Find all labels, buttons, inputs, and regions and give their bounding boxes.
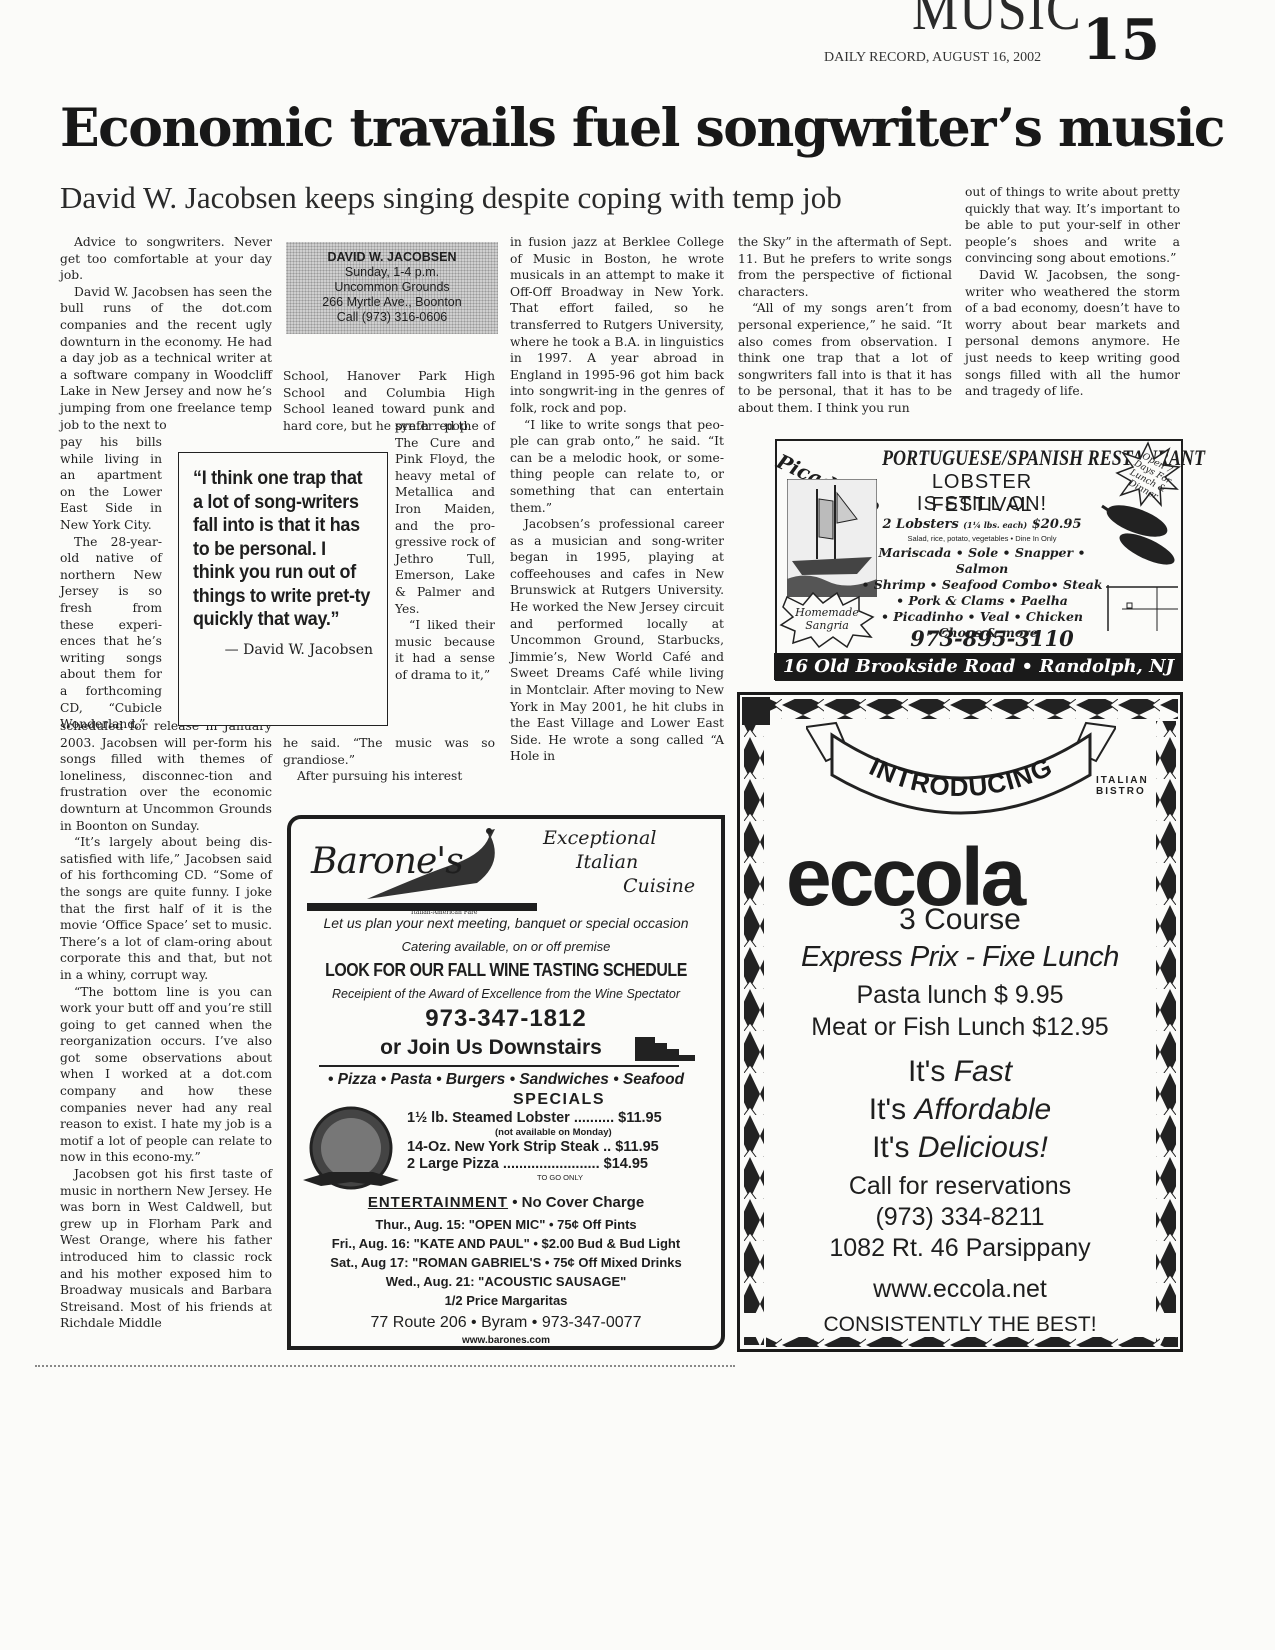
course-line: 3 Course — [740, 903, 1180, 937]
seal-emblem-icon — [299, 1102, 403, 1206]
reservation-line: Call for reservations — [740, 1171, 1180, 1202]
events-list: Thur., Aug. 15: "OPEN MIC" • 75¢ Off Pin… — [291, 1215, 721, 1310]
picadinho-address-bar: 16 Old Brookside Road • Randolph, NJ — [774, 653, 1183, 680]
paragraph: he said. “The music was so grandiose.” — [283, 735, 495, 768]
special-row: 2 Large Pizza ........................ $… — [407, 1156, 717, 1173]
reservation-block: Call for reservations (973) 334-8211 108… — [740, 1171, 1180, 1264]
tagline-3: Cuisine — [623, 875, 695, 897]
performer-name: DAVID W. JACOBSEN — [290, 250, 494, 265]
ad-picadinho: Picadinho PORTUGUESE/SPANISH RESTAURANT … — [775, 439, 1183, 681]
event-venue: Uncommon Grounds — [290, 280, 494, 295]
eccola-address: 1082 Rt. 46 Parsippany — [740, 1233, 1180, 1264]
headline: Economic travails fuel songwriter’s musi… — [60, 103, 1224, 155]
paragraph: scheduled for release in January 2003. J… — [60, 718, 272, 834]
wine-tasting-line: LOOK FOR OUR FALL WINE TASTING SCHEDULE — [321, 959, 691, 981]
event-row: 1/2 Price Margaritas — [291, 1291, 721, 1310]
clipping-edge — [35, 1365, 735, 1367]
barones-address: 77 Route 206 • Byram • 973-347-0077 — [291, 1314, 721, 1332]
event-row: Wed., Aug. 21: "ACOUSTIC SAUSAGE" — [291, 1272, 721, 1291]
entertainment-heading: ENTERTAINMENT • No Cover Charge — [291, 1194, 721, 1211]
special-row: 14-Oz. New York Strip Steak .. $11.95 — [407, 1139, 717, 1156]
event-row: Thur., Aug. 15: "OPEN MIC" • 75¢ Off Pin… — [291, 1215, 721, 1234]
article-column-2-narrow: synth pop of The Cure and Pink Floyd, th… — [395, 418, 495, 684]
specials-list: 1½ lb. Steamed Lobster .......... $11.95… — [407, 1110, 717, 1183]
dateline: DAILY RECORD, AUGUST 16, 2002 — [824, 50, 1041, 66]
specials-title: SPECIALS — [439, 1091, 679, 1109]
menu-line: • Pizza • Pasta • Burgers • Sandwiches •… — [291, 1071, 721, 1089]
event-address: 266 Myrtle Ave., Boonton — [290, 295, 494, 310]
ribbon-banner-icon: INTRODUCING — [806, 721, 1116, 821]
special-row: 1½ lb. Steamed Lobster .......... $11.95 — [407, 1110, 717, 1127]
paragraph: synth pop of The Cure and Pink Floyd, th… — [395, 418, 495, 617]
ad-barones: Barone's Italian-American Fare Exception… — [287, 815, 725, 1350]
downstairs-line: or Join Us Downstairs — [291, 1036, 691, 1060]
pasta-price: Pasta lunch $ 9.95 — [740, 981, 1180, 1010]
barones-website: www.barones.com — [291, 1335, 721, 1346]
paragraph: the Sky” in the aftermath of Sept. 11. B… — [738, 234, 952, 300]
paragraph: “It’s largely about being dis-satisfied … — [60, 834, 272, 983]
barones-logo: Barone's — [311, 841, 463, 882]
paragraph: in fusion jazz at Berklee College of Mus… — [510, 234, 724, 417]
paragraph: Jacobsen got his first taste of music in… — [60, 1166, 272, 1332]
paragraph: Advice to songwriters. Never get too com… — [60, 234, 272, 284]
article-column-3: in fusion jazz at Berklee College of Mus… — [510, 234, 724, 765]
deck: David W. Jacobsen keeps singing despite … — [60, 182, 842, 213]
article-column-5: out of things to write about pretty quic… — [965, 184, 1180, 400]
tagline-2: Italian — [576, 851, 638, 873]
paragraph: “All of my songs aren’t from personal ex… — [738, 300, 952, 416]
paragraph: “The bottom line is you can work your bu… — [60, 984, 272, 1167]
eccola-phone: (973) 334-8211 — [740, 1202, 1180, 1233]
location-map-icon — [1102, 579, 1180, 633]
planning-line: Let us plan your next meeting, banquet o… — [291, 915, 721, 931]
eccola-tagline: CONSISTENTLY THE BEST! — [740, 1313, 1180, 1337]
divider — [319, 1065, 679, 1067]
tagline-1: Exceptional — [543, 827, 656, 849]
restaurant-type: PORTUGUESE/SPANISH RESTAURANT — [882, 445, 1103, 471]
event-phone: Call (973) 316-0606 — [290, 310, 494, 325]
article-column-4: the Sky” in the aftermath of Sept. 11. B… — [738, 234, 952, 417]
catering-line: Catering available, on or off premise — [291, 939, 721, 954]
paragraph: After pursuing his interest — [283, 768, 495, 785]
slogan-block: It's Fast It's Affordable It's Delicious… — [740, 1053, 1180, 1167]
article-column-1-top: Advice to songwriters. Never get too com… — [60, 234, 272, 433]
article-column-1-narrow: pay his bills while living in an apartme… — [60, 434, 162, 733]
event-info-box: DAVID W. JACOBSEN Sunday, 1-4 p.m. Uncom… — [286, 242, 498, 334]
barones-phone: 973-347-1812 — [291, 1005, 721, 1033]
pull-quote: “I think one trap that a lot of song-wri… — [178, 452, 388, 726]
paragraph: “I like to write songs that peo-ple can … — [510, 417, 724, 517]
festival-line-2: IS STILL ON! — [882, 493, 1082, 516]
sangria-text: Homemade Sangria — [791, 606, 863, 632]
ad-eccola: INTRODUCING eccola ITALIAN BISTRO 3 Cour… — [737, 692, 1183, 1352]
eccola-logo-sub: ITALIAN BISTRO — [1096, 775, 1149, 797]
paragraph: David W. Jacobsen, the song-writer who w… — [965, 267, 1180, 400]
prix-fixe-line: Express Prix - Fixe Lunch — [740, 941, 1180, 974]
article-column-2-bottom: he said. “The music was so grandiose.” A… — [283, 735, 495, 785]
offer-note: Salad, rice, potato, vegetables • Dine I… — [872, 534, 1092, 543]
lobster-offer: 2 Lobsters (1¼ lbs. each) $20.95 — [877, 517, 1087, 532]
section-title: MUSIC — [912, 0, 1082, 43]
paragraph: Jacobsen’s professional career as a musi… — [510, 516, 724, 765]
eccola-website: www.eccola.net — [740, 1275, 1180, 1304]
paragraph: The 28-year-old native of northern New J… — [60, 534, 162, 733]
lobster-icon — [1097, 491, 1182, 571]
meat-fish-price: Meat or Fish Lunch $12.95 — [740, 1013, 1180, 1042]
paragraph: out of things to write about pretty quic… — [965, 184, 1180, 267]
page-number: 15 — [1082, 12, 1160, 68]
stairs-icon — [635, 1037, 695, 1061]
article-column-1-bottom: scheduled for release in January 2003. J… — [60, 718, 272, 1332]
event-row: Fri., Aug. 16: "KATE AND PAUL" • $2.00 B… — [291, 1234, 721, 1253]
event-time: Sunday, 1-4 p.m. — [290, 265, 494, 280]
pull-quote-attribution: — David W. Jacobsen — [193, 642, 373, 658]
paragraph: pay his bills while living in an apartme… — [60, 434, 162, 534]
paragraph: David W. Jacobsen has seen the bull runs… — [60, 284, 272, 433]
award-line: Receipient of the Award of Excellence fr… — [291, 987, 721, 1001]
pull-quote-text: “I think one trap that a lot of song-wri… — [193, 467, 372, 632]
event-row: Sat., Aug 17: "ROMAN GABRIEL'S • 75¢ Off… — [291, 1253, 721, 1272]
paragraph: “I liked their music because it had a se… — [395, 617, 495, 683]
picadinho-phone: 973-895-3110 — [887, 626, 1097, 651]
